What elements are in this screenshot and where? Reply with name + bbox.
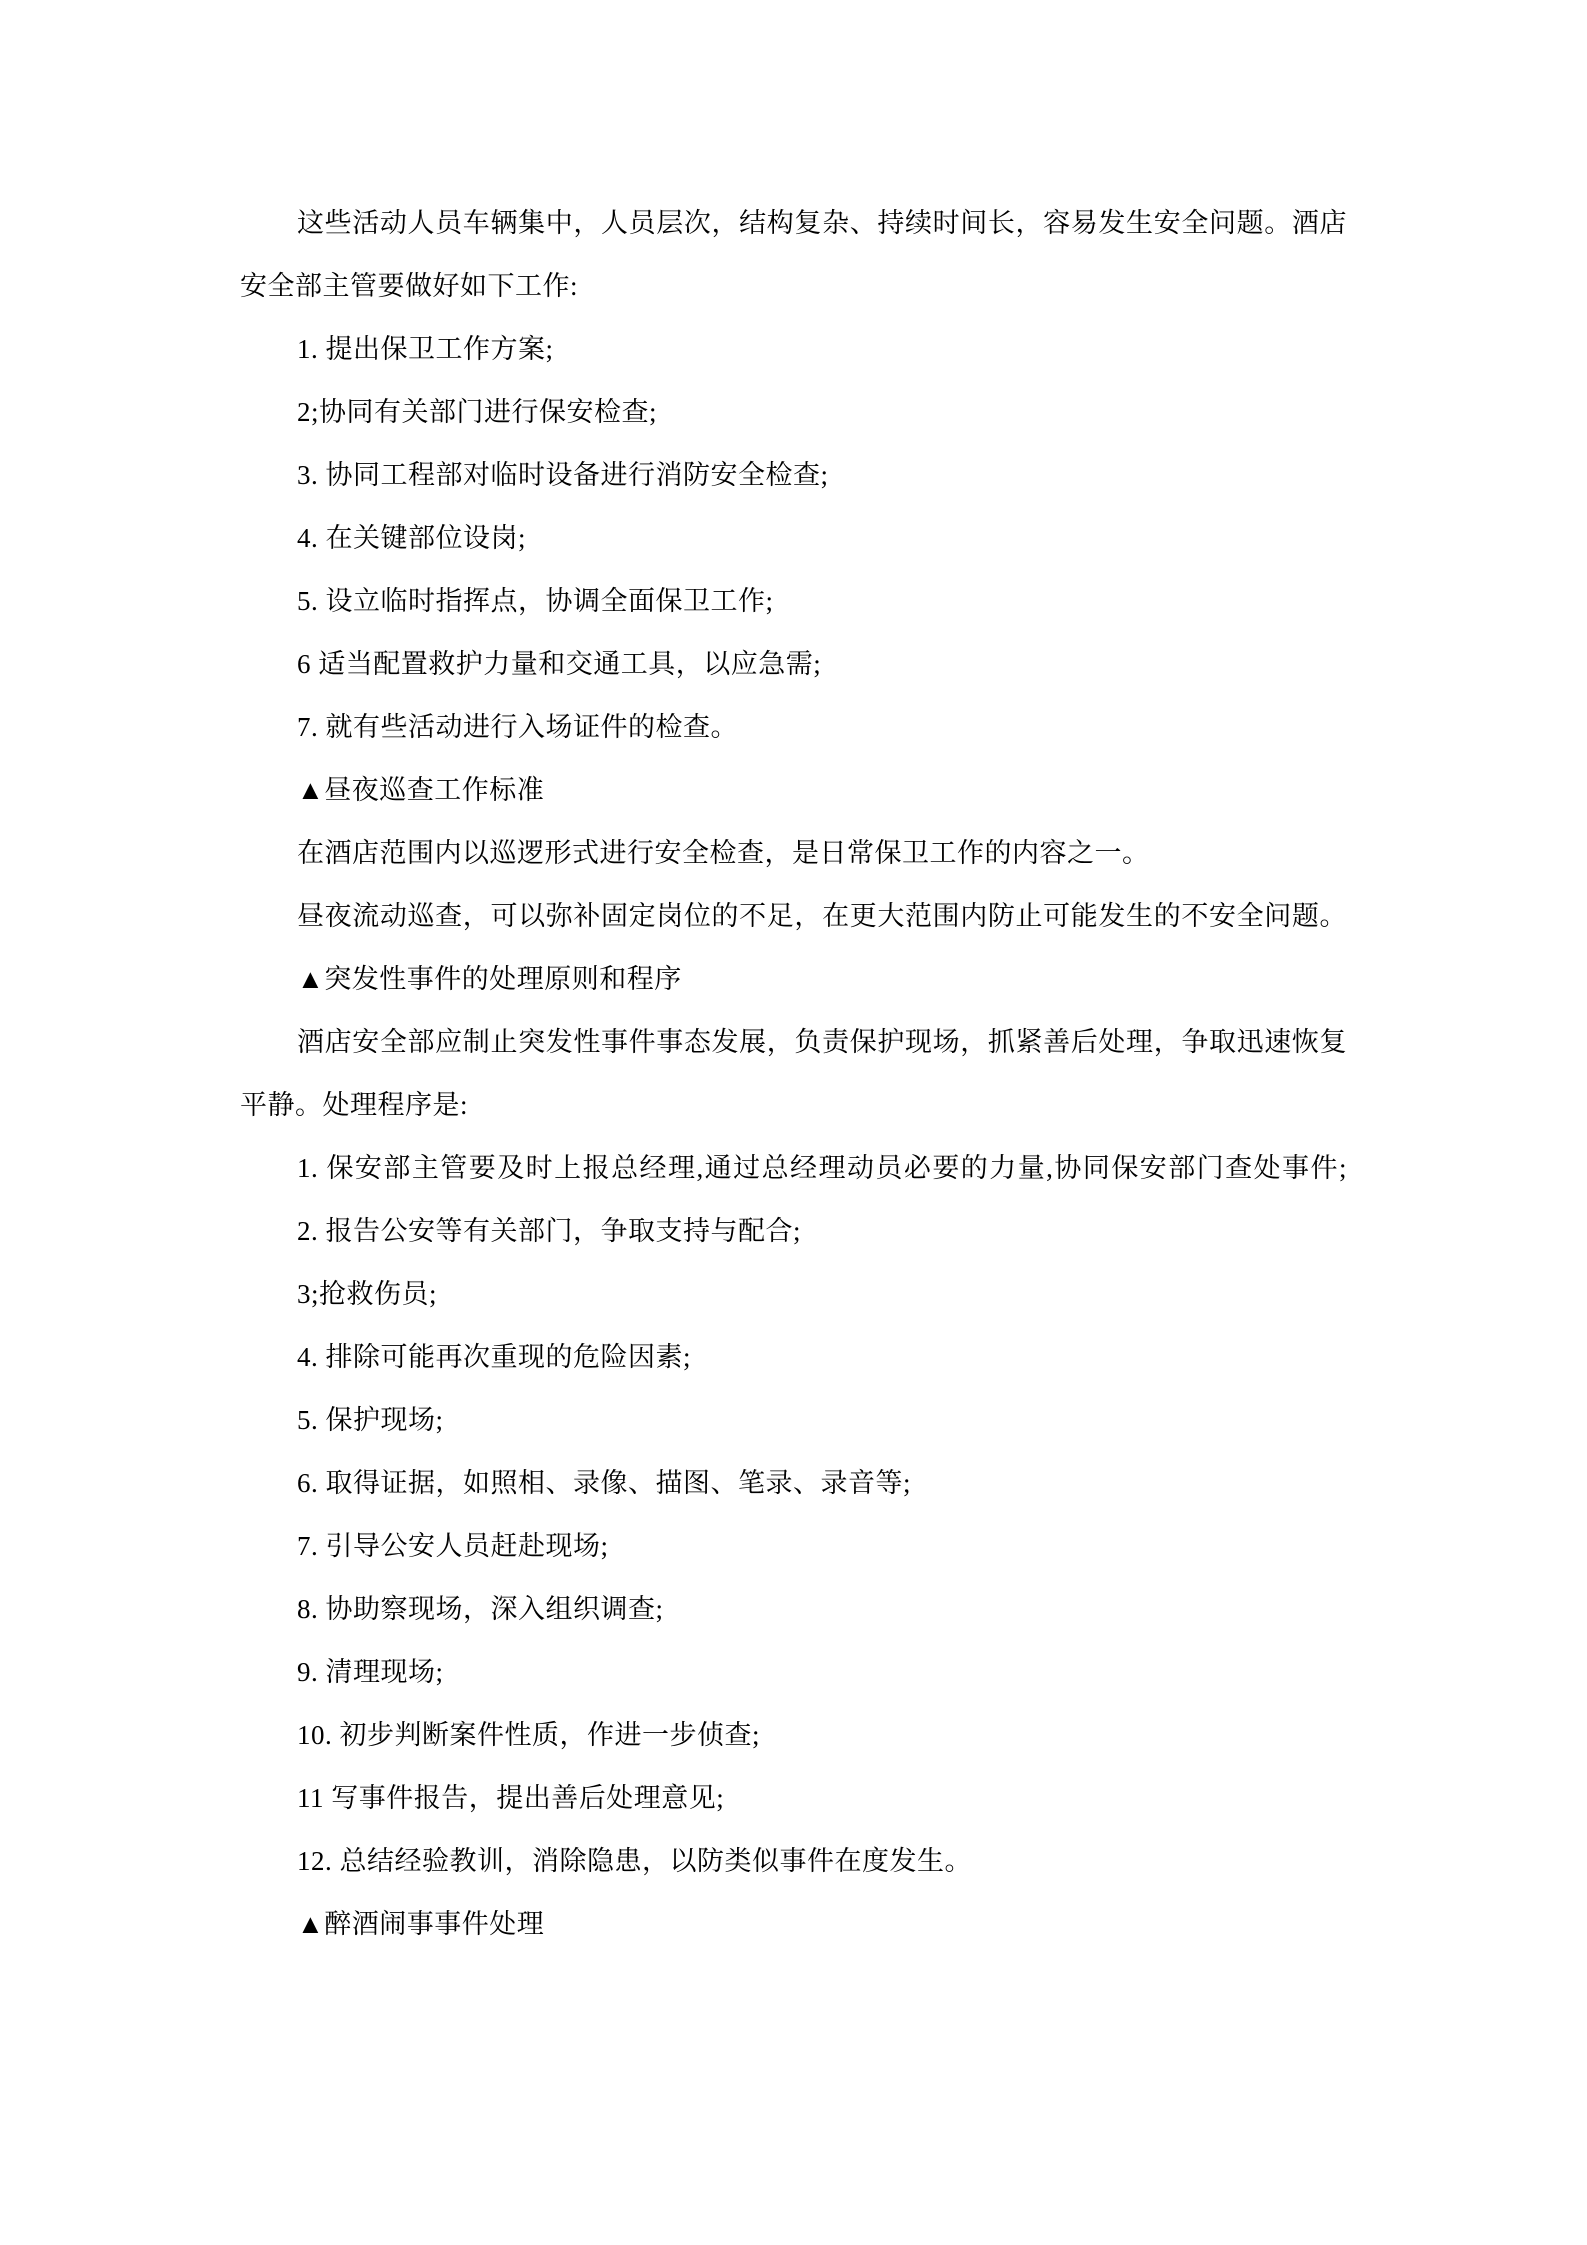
list-item-line: 1. 提出保卫工作方案; — [240, 318, 1347, 381]
list-item-line: 4. 在关键部位设岗; — [240, 507, 1347, 570]
list-item-line: 10. 初步判断案件性质，作进一步侦查; — [240, 1704, 1347, 1767]
section-heading: ▲昼夜巡查工作标准 — [240, 759, 1347, 822]
list-item-line: 6 适当配置救护力量和交通工具，以应急需; — [240, 633, 1347, 696]
list-item-line: 2. 报告公安等有关部门，争取支持与配合; — [240, 1200, 1347, 1263]
list-item-line: 9. 清理现场; — [240, 1641, 1347, 1704]
list-item-line: 11 写事件报告，提出善后处理意见; — [240, 1767, 1347, 1830]
paragraph-line: 昼夜流动巡查，可以弥补固定岗位的不足，在更大范围内防止可能发生的不安全问题。 — [240, 885, 1347, 948]
paragraph-line: 平静。处理程序是: — [240, 1074, 1347, 1137]
list-item-line: 7. 引导公安人员赶赴现场; — [240, 1515, 1347, 1578]
list-item-line: 3. 协同工程部对临时设备进行消防安全检查; — [240, 444, 1347, 507]
list-item-line: 6. 取得证据，如照相、录像、描图、笔录、录音等; — [240, 1452, 1347, 1515]
section-heading: ▲醉酒闹事事件处理 — [240, 1893, 1347, 1956]
list-item-line: 3;抢救伤员; — [240, 1263, 1347, 1326]
list-item-line: 7. 就有些活动进行入场证件的检查。 — [240, 696, 1347, 759]
list-item-line: 4. 排除可能再次重现的危险因素; — [240, 1326, 1347, 1389]
list-item-line: 5. 保护现场; — [240, 1389, 1347, 1452]
paragraph-line: 酒店安全部应制止突发性事件事态发展，负责保护现场，抓紧善后处理，争取迅速恢复 — [240, 1011, 1347, 1074]
list-item-line: 5. 设立临时指挥点，协调全面保卫工作; — [240, 570, 1347, 633]
paragraph-line: 这些活动人员车辆集中，人员层次，结构复杂、持续时间长，容易发生安全问题。酒店 — [240, 192, 1347, 255]
paragraph-line: 在酒店范围内以巡逻形式进行安全检查，是日常保卫工作的内容之一。 — [240, 822, 1347, 885]
paragraph-line: 安全部主管要做好如下工作: — [240, 255, 1347, 318]
list-item-line: 2;协同有关部门进行保安检查; — [240, 381, 1347, 444]
section-heading: ▲突发性事件的处理原则和程序 — [240, 948, 1347, 1011]
list-item-line: 1. 保安部主管要及时上报总经理,通过总经理动员必要的力量,协同保安部门查处事件… — [240, 1137, 1347, 1200]
document-page: 这些活动人员车辆集中，人员层次，结构复杂、持续时间长，容易发生安全问题。酒店安全… — [0, 0, 1587, 2245]
list-item-line: 8. 协助察现场，深入组织调查; — [240, 1578, 1347, 1641]
list-item-line: 12. 总结经验教训，消除隐患，以防类似事件在度发生。 — [240, 1830, 1347, 1893]
